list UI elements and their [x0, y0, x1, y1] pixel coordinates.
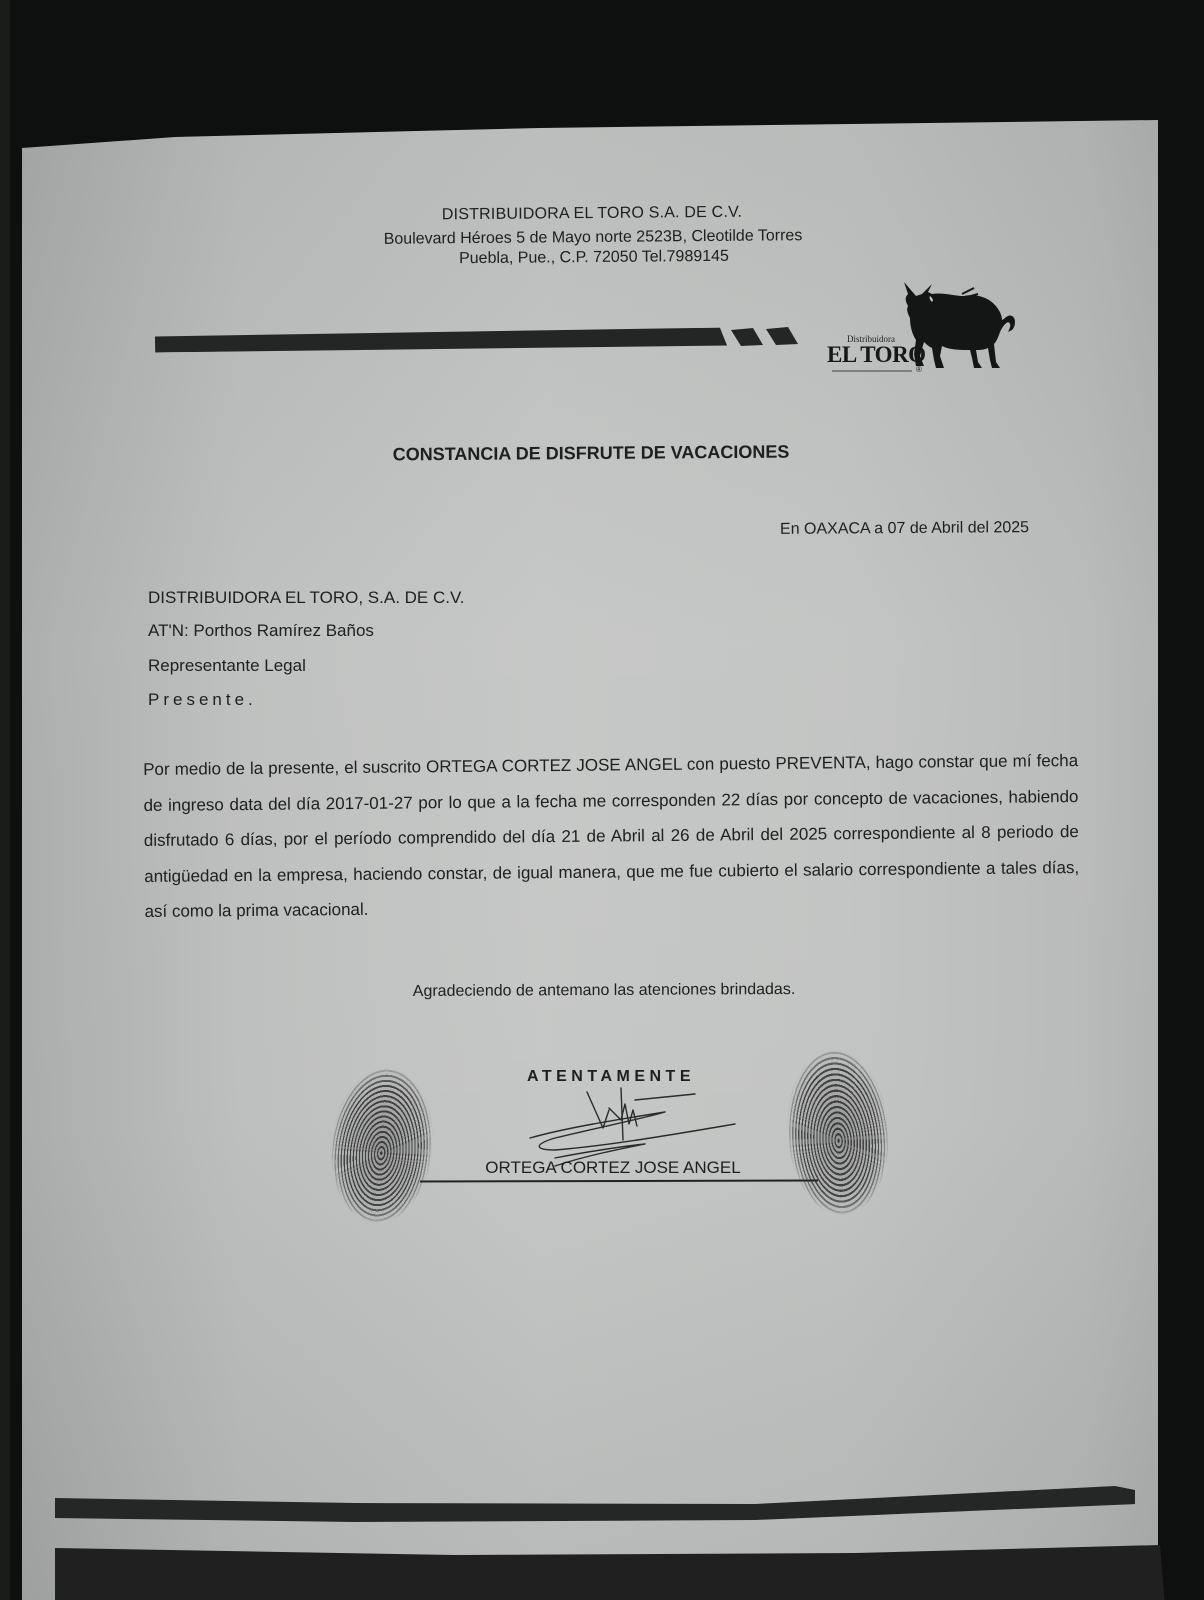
- photo-scene: DISTRIBUIDORA EL TORO S.A. DE C.V. Boule…: [0, 0, 1204, 1600]
- body-paragraph: Por medio de la presente, el suscrito OR…: [143, 743, 1080, 929]
- registered-mark: ®: [916, 365, 922, 374]
- addressee-role: Representante Legal: [148, 656, 306, 676]
- logo-name: EL TORO: [827, 342, 926, 368]
- logo-tagline: [832, 370, 912, 372]
- place-date: En OAXACA a 07 de Abril del 2025: [780, 519, 1029, 539]
- addressee-company: DISTRIBUIDORA EL TORO, S.A. DE C.V.: [148, 588, 464, 608]
- addressee-salutation: Presente.: [148, 690, 257, 710]
- signer-name: ORTEGA CORTEZ JOSE ANGEL: [11, 1158, 1204, 1178]
- company-logo: Distribuidora EL TORO ®: [812, 274, 1022, 384]
- addressee-attention: AT'N: Porthos Ramírez Baños: [148, 621, 374, 641]
